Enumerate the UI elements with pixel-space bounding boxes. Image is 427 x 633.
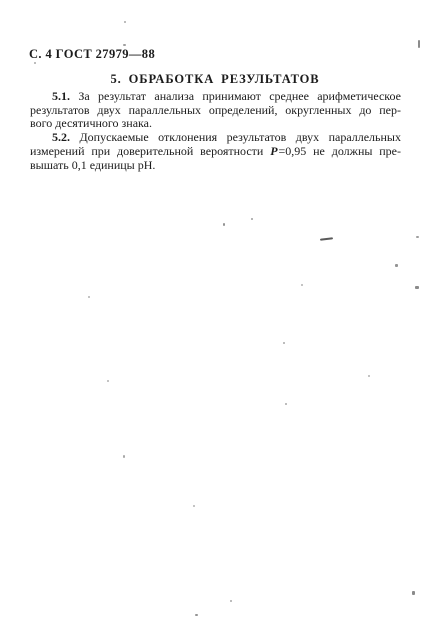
scan-speck [283,342,285,344]
clause-5-2-line-1-text: Допускаемые отклонения результатов двух … [70,130,401,144]
clause-5-1-line-1: 5.1. За результат анализа принимают сред… [30,90,401,104]
clause-5-1-line-1-text: За результат анализа принимают среднее а… [70,89,401,103]
clause-5-2-line-2: измерений при доверительной вероятности … [30,145,401,159]
scan-speck [124,21,126,23]
scan-speck [301,284,303,286]
clause-5-1-number: 5.1. [52,89,70,103]
scan-speck [107,380,109,382]
clause-5-2-line-2-text-before: измерений при доверительной вероятности [30,144,270,158]
scan-speck [395,264,398,267]
scan-speck [34,62,36,64]
scan-speck [320,237,333,241]
clause-5-2-number: 5.2. [52,130,70,144]
scan-speck [88,296,90,298]
scan-speck [418,40,420,48]
document-body: 5.1. За результат анализа принимают сред… [30,90,401,172]
scan-speck [195,614,198,616]
scan-speck [368,375,370,377]
scan-speck [416,236,419,238]
scan-speck [123,44,126,46]
scan-speck [223,223,225,226]
scan-speck [123,455,125,458]
clause-5-2-line-1: 5.2. Допускаемые отклонения результатов … [30,131,401,145]
scan-speck [285,403,287,405]
clause-5-2-line-2-text-after: =0,95 не должны пре- [279,144,401,158]
scan-speck [412,591,415,595]
scan-speck [193,505,195,507]
clause-5-1-line-3: вого десятичного знака. [30,117,401,131]
scan-speck [251,218,253,220]
section-heading: 5. ОБРАБОТКА РЕЗУЛЬТАТОВ [30,72,400,87]
scan-speck [230,600,232,602]
document-page: С. 4 ГОСТ 27979—88 5. ОБРАБОТКА РЕЗУЛЬТА… [0,0,427,633]
clause-5-1-line-2: результатов двух параллельных определени… [30,104,401,118]
running-header: С. 4 ГОСТ 27979—88 [29,47,155,62]
clause-5-2-line-3: вышать 0,1 единицы pH. [30,159,401,173]
scan-speck [415,286,419,289]
probability-symbol: Р [270,144,278,158]
